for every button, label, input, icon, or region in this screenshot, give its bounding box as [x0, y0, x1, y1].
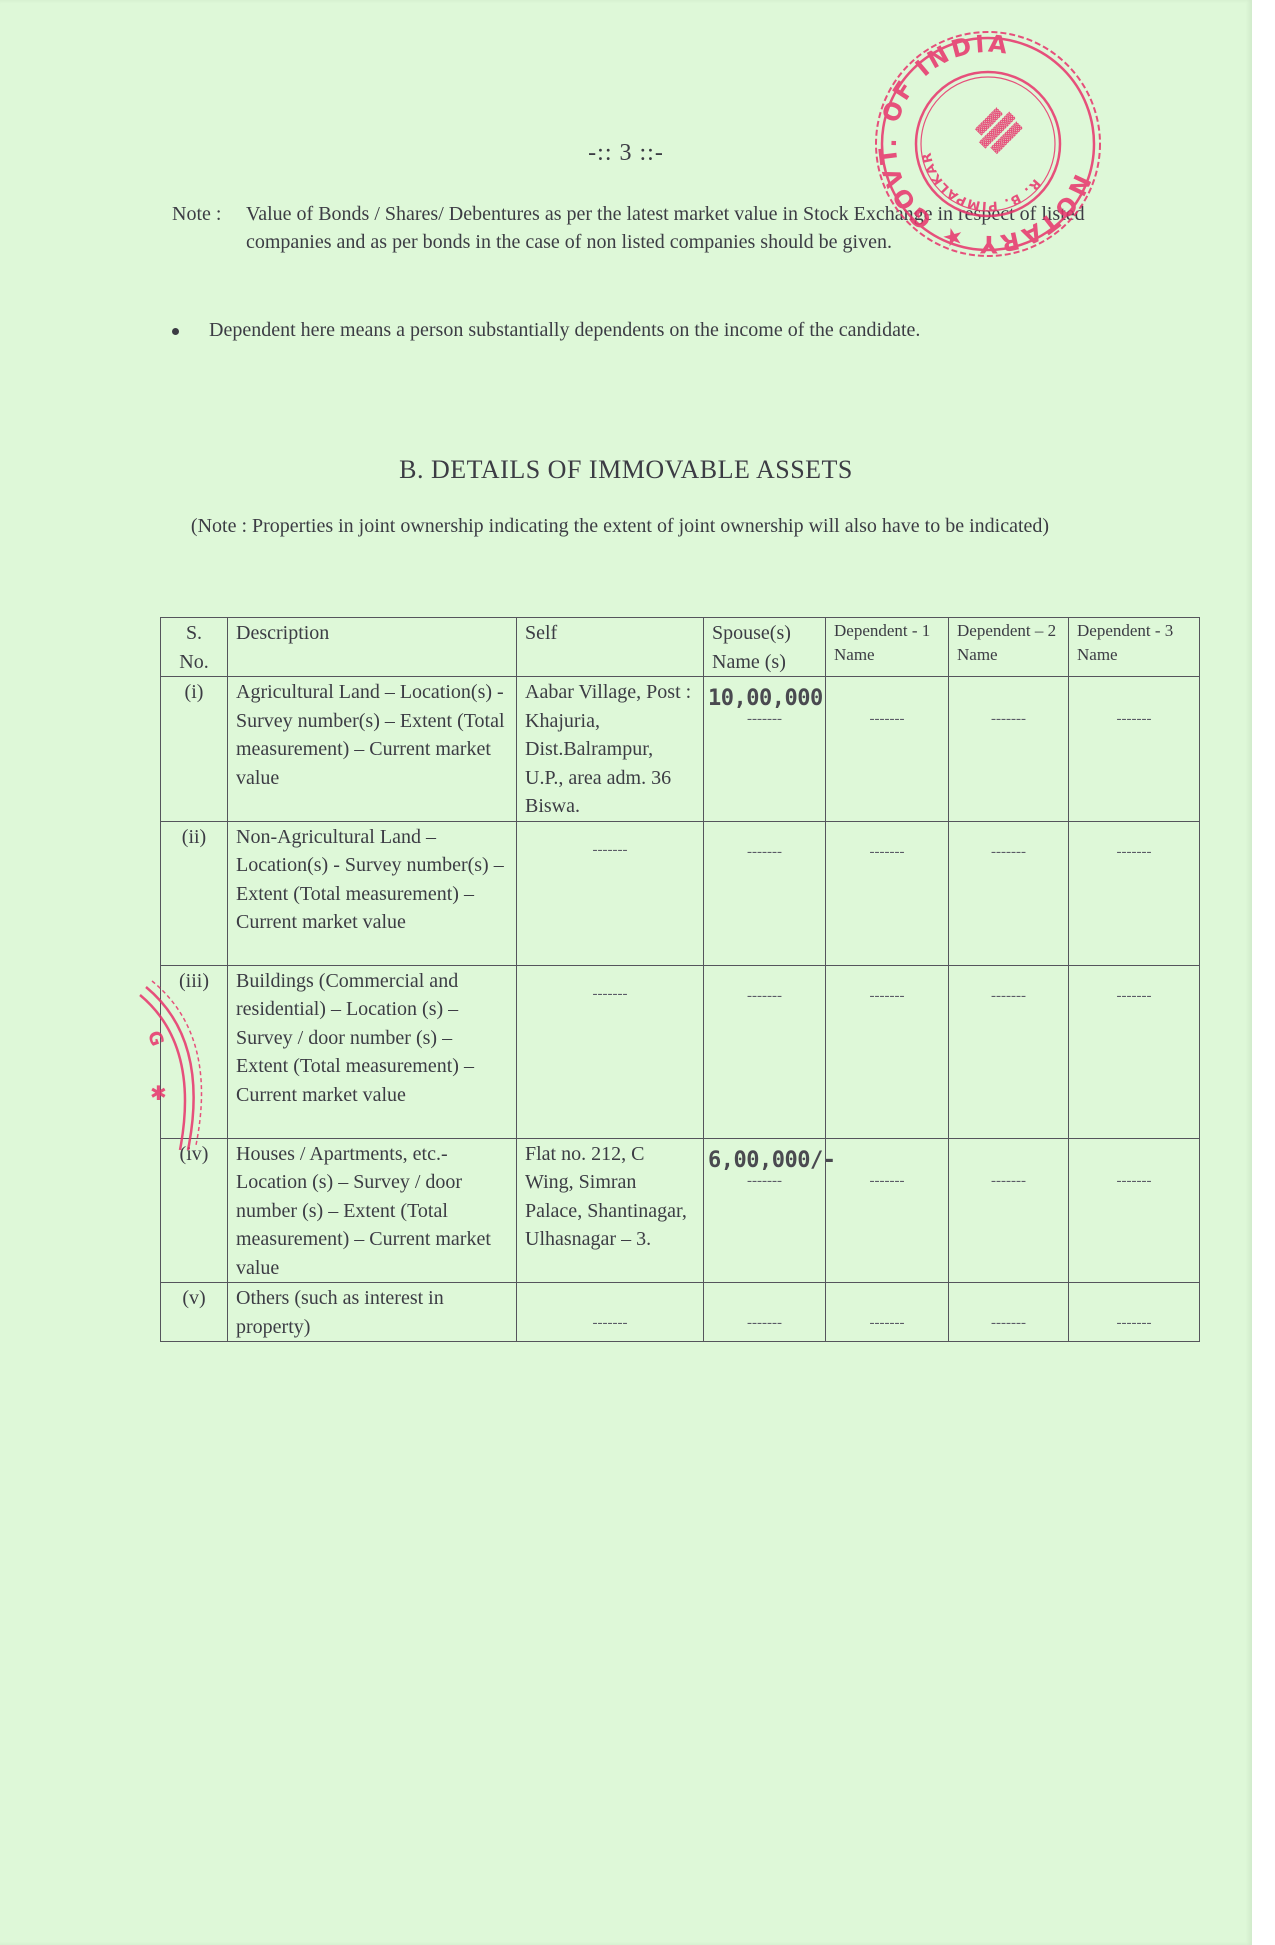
stamp-fragment-icon: G ✱ — [130, 975, 210, 1155]
empty-value-dashes: ------- — [704, 982, 825, 1011]
row-dep1: ------- — [826, 821, 949, 965]
header-self: Self — [517, 618, 704, 677]
empty-value-dashes: ------- — [949, 1167, 1068, 1196]
empty-value-dashes: ------- — [949, 982, 1068, 1011]
empty-value-dashes: ------- — [704, 838, 825, 867]
empty-value-dashes: ------- — [949, 838, 1068, 867]
header-description: Description — [228, 618, 517, 677]
svg-text:G: G — [143, 1028, 168, 1049]
row-dep2: ------- — [949, 1283, 1069, 1342]
row-dep2: ------- — [949, 677, 1069, 822]
empty-value-dashes: ------- — [826, 1309, 948, 1338]
empty-value-dashes: ------- — [517, 980, 703, 1009]
header-dependent-3: Dependent - 3 Name — [1069, 618, 1200, 677]
empty-value-dashes: ------- — [1069, 838, 1199, 867]
header-dependent-1: Dependent - 1 Name — [826, 618, 949, 677]
table-row: (v)Others (such as interest in property)… — [161, 1283, 1200, 1342]
note-label: Note : — [172, 200, 221, 228]
notary-stamp-icon: NOTARY ★ GOVT. OF INDIA R. B. PIMPALKAR … — [872, 28, 1104, 260]
empty-value-dashes: ------- — [826, 982, 948, 1011]
row-self: Flat no. 212, C Wing, Simran Palace, Sha… — [517, 1138, 704, 1283]
row-dep3: ------- — [1069, 677, 1200, 822]
row-dep1: ------- — [826, 1138, 949, 1283]
header-sno: S. No. — [161, 618, 228, 677]
row-description: Others (such as interest in property) — [228, 1283, 517, 1342]
empty-value-dashes: ------- — [949, 705, 1068, 734]
dependent-note-text: Dependent here means a person substantia… — [209, 316, 1029, 344]
row-dep1: ------- — [826, 677, 949, 822]
row-dep3: ------- — [1069, 1138, 1200, 1283]
table-header-row: S. No. Description Self Spouse(s) Name (… — [161, 618, 1200, 677]
table-row: (i)Agricultural Land – Location(s) - Sur… — [161, 677, 1200, 822]
row-dep2: ------- — [949, 1138, 1069, 1283]
row-dep2: ------- — [949, 965, 1069, 1138]
empty-value-dashes: ------- — [826, 1167, 948, 1196]
row-sno: (ii) — [161, 821, 228, 965]
table-row: (iii)Buildings (Commercial and residenti… — [161, 965, 1200, 1138]
row-spouse: ------- — [704, 821, 826, 965]
row-dep3: ------- — [1069, 965, 1200, 1138]
bullet-icon — [172, 328, 179, 335]
header-dependent-2: Dependent – 2 Name — [949, 618, 1069, 677]
spouse-value: 6,00,000/- — [708, 1147, 835, 1176]
row-sno: (v) — [161, 1283, 228, 1342]
immovable-assets-table: S. No. Description Self Spouse(s) Name (… — [160, 617, 1200, 1342]
empty-value-dashes: ------- — [704, 1309, 825, 1338]
row-sno: (i) — [161, 677, 228, 822]
row-description: Non-Agricultural Land – Location(s) - Su… — [228, 821, 517, 965]
row-description: Agricultural Land – Location(s) - Survey… — [228, 677, 517, 822]
svg-text:R. B. PIMPALKAR: R. B. PIMPALKAR — [919, 150, 1043, 213]
empty-value-dashes: ------- — [517, 1309, 703, 1338]
empty-value-dashes: ------- — [1069, 705, 1199, 734]
row-description: Buildings (Commercial and residential) –… — [228, 965, 517, 1138]
spouse-value: 10,00,000 — [708, 685, 823, 714]
empty-value-dashes: ------- — [1069, 982, 1199, 1011]
row-spouse: -------10,00,000 — [704, 677, 826, 822]
row-sno: (iv) — [161, 1138, 228, 1283]
empty-value-dashes: ------- — [949, 1309, 1068, 1338]
row-dep1: ------- — [826, 965, 949, 1138]
row-self: Aabar Village, Post : Khajuria, Dist.Bal… — [517, 677, 704, 822]
header-spouse: Spouse(s) Name (s) — [704, 618, 826, 677]
row-spouse: -------6,00,000/- — [704, 1138, 826, 1283]
empty-value-dashes: ------- — [826, 705, 948, 734]
row-self: ------- — [517, 1283, 704, 1342]
row-self: ------- — [517, 965, 704, 1138]
row-dep1: ------- — [826, 1283, 949, 1342]
row-self: ------- — [517, 821, 704, 965]
row-dep3: ------- — [1069, 1283, 1200, 1342]
empty-value-dashes: ------- — [517, 836, 703, 865]
table-row: (ii)Non-Agricultural Land – Location(s) … — [161, 821, 1200, 965]
empty-value-dashes: ------- — [826, 838, 948, 867]
table-row: (iv)Houses / Apartments, etc.- Location … — [161, 1138, 1200, 1283]
row-dep2: ------- — [949, 821, 1069, 965]
empty-value-dashes: ------- — [1069, 1167, 1199, 1196]
section-heading: B. DETAILS OF IMMOVABLE ASSETS — [0, 455, 1252, 485]
empty-value-dashes: ------- — [1069, 1309, 1199, 1338]
row-dep3: ------- — [1069, 821, 1200, 965]
row-spouse: ------- — [704, 1283, 826, 1342]
joint-ownership-note: (Note : Properties in joint ownership in… — [180, 512, 1060, 541]
svg-text:✱: ✱ — [150, 1081, 167, 1105]
row-description: Houses / Apartments, etc.- Location (s) … — [228, 1138, 517, 1283]
row-spouse: ------- — [704, 965, 826, 1138]
